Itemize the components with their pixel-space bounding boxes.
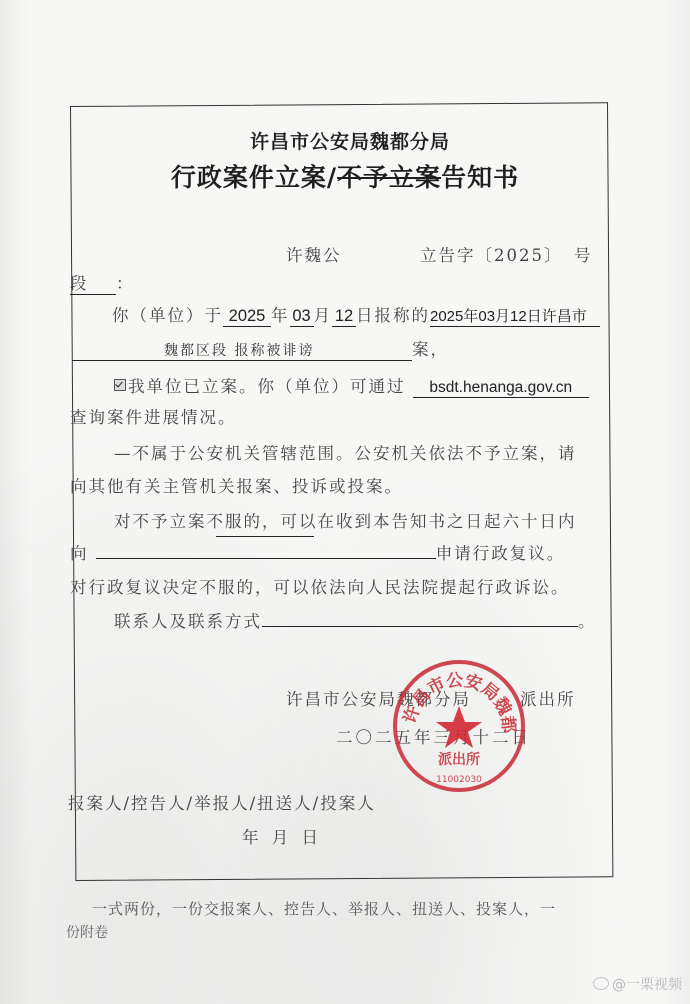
recipient-name: 段 xyxy=(70,270,116,295)
watermark: @一栗视频 xyxy=(593,974,682,994)
receiver-date: 年 月 日 xyxy=(242,824,322,848)
title-struck-not-filed: 不予立案 xyxy=(337,163,441,192)
issuing-agency: 许昌市公安局魏都分局 xyxy=(0,127,690,154)
case-line-2: 魏都区段 报称被诽谤案， xyxy=(72,336,449,361)
contact-line: 联系人及联系方式。 xyxy=(114,608,597,632)
doc-number-suffix: 号 xyxy=(574,242,593,266)
report-day: 12 xyxy=(332,307,356,327)
footer-note-line-2: 份附卷 xyxy=(66,922,108,942)
doc-number-prefix: 许魏公 xyxy=(286,242,342,266)
inner-rule xyxy=(216,536,314,537)
case-description-1: 2025年03月12日许昌市 xyxy=(430,305,600,327)
filed-checkbox-icon xyxy=(114,379,126,391)
appeal-line-1: 对不予立案不服的，可以在收到本告知书之日起六十日内 xyxy=(114,508,577,532)
review-agency-field xyxy=(96,544,436,559)
signature-office: 许昌市公安局魏都分局 xyxy=(286,686,471,710)
receiver-roles: 报案人/控告人/举报人/扭送人/投案人 xyxy=(68,790,376,814)
report-year: 2025 xyxy=(223,307,271,327)
filed-option: 我单位已立案。你（单位）可通过 bsdt.henanga.gov.cn xyxy=(114,373,589,398)
filed-option-line-2: 查询案件进展情况。 xyxy=(70,404,237,428)
signature-date: 二〇二五年三月十二日 xyxy=(336,724,531,748)
doc-number-year: 立告字〔2025〕 xyxy=(420,242,563,266)
weibo-icon xyxy=(593,977,609,990)
title-notice: 告知书 xyxy=(441,163,519,192)
contact-field xyxy=(262,612,578,627)
case-description-2: 魏都区段 报称被诽谤 xyxy=(72,340,412,361)
appeal-line-3: 对行政复议决定不服的，可以依法向人民法院提起行政诉讼。 xyxy=(70,574,570,598)
not-filed-mark: — xyxy=(114,444,133,463)
not-filed-option: —不属于公安机关管辖范围。公安机关依法不予立案，请 xyxy=(114,440,577,464)
title-filed: 行政案件立案/ xyxy=(171,163,337,192)
footer-note-line-1: 一式两份，一份交报案人、控告人、举报人、扭送人、投案人，一 xyxy=(92,898,556,919)
not-filed-option-line-2: 向其他有关主管机关报案、投诉或投案。 xyxy=(70,473,403,497)
signature-station: 派出所 xyxy=(520,686,576,710)
query-website: bsdt.henanga.gov.cn xyxy=(413,379,589,398)
appeal-line-2: 向 申请行政复议。 xyxy=(70,540,565,564)
document-title: 行政案件立案/不予立案告知书 xyxy=(0,158,690,194)
report-month: 03 xyxy=(290,307,314,327)
recipient: 段： xyxy=(70,270,135,295)
report-line: 你（单位）于2025年03月12日报称的2025年03月12日许昌市 xyxy=(112,302,600,327)
